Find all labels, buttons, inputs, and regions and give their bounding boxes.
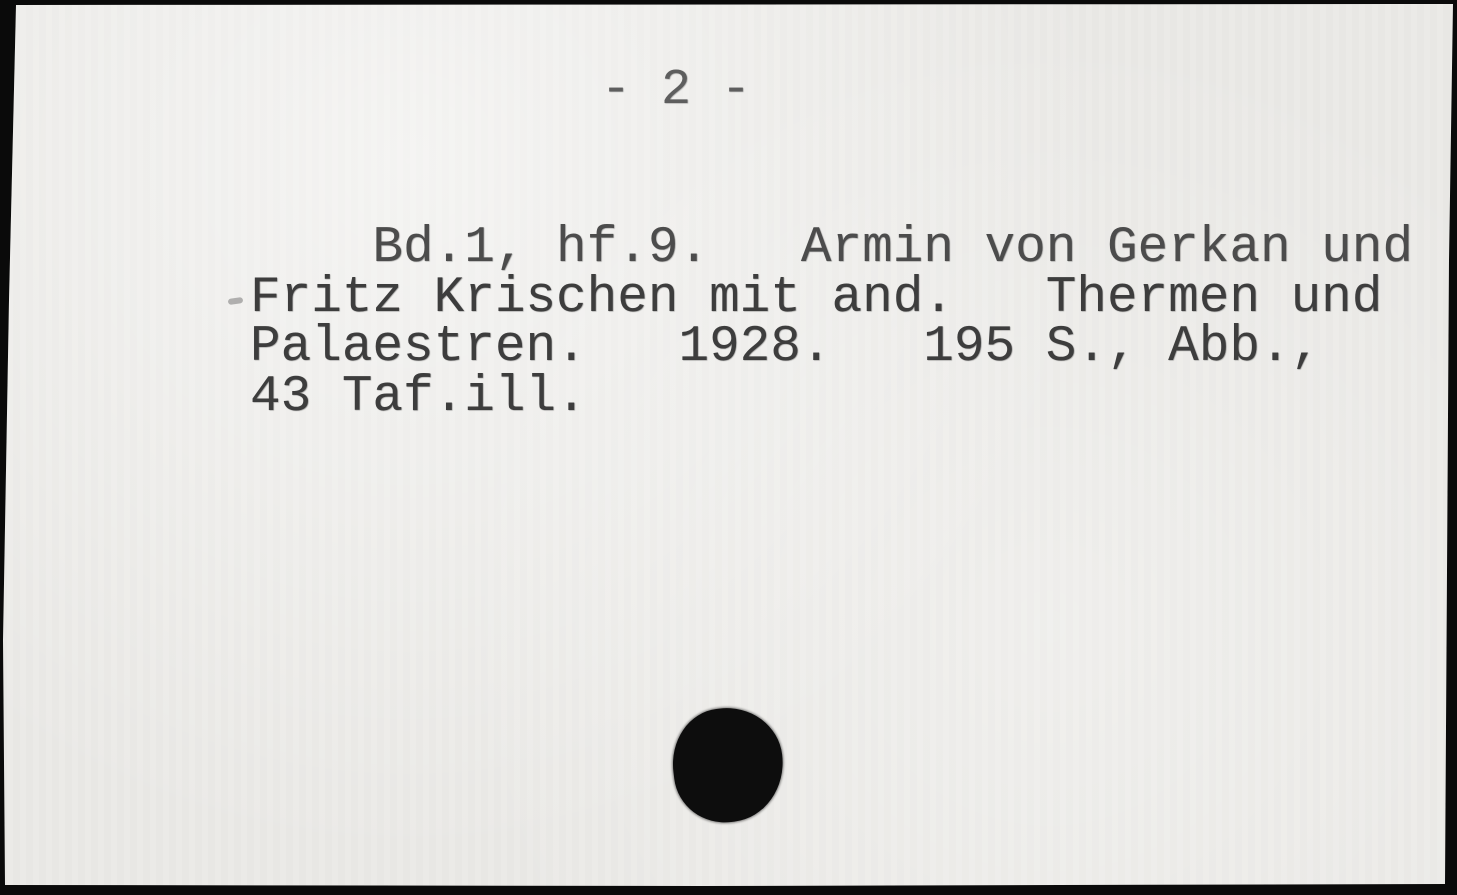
entry-line-4: 43 Taf.ill. <box>250 373 1413 423</box>
scan-speck <box>228 297 244 305</box>
punched-hole-blot <box>666 702 789 829</box>
page-number: - 2 - <box>601 64 751 118</box>
entry-line-1: Bd.1, hf.9. Armin von Gerkan und <box>250 224 1413 274</box>
scanned-paper-sheet: - 2 - Bd.1, hf.9. Armin von Gerkan und F… <box>0 0 1457 895</box>
entry-line-3: Palaestren. 1928. 195 S., Abb., <box>250 323 1413 373</box>
bibliographic-entry: Bd.1, hf.9. Armin von Gerkan und Fritz K… <box>250 224 1413 422</box>
entry-line-2: Fritz Krischen mit and. Thermen und <box>250 274 1413 324</box>
